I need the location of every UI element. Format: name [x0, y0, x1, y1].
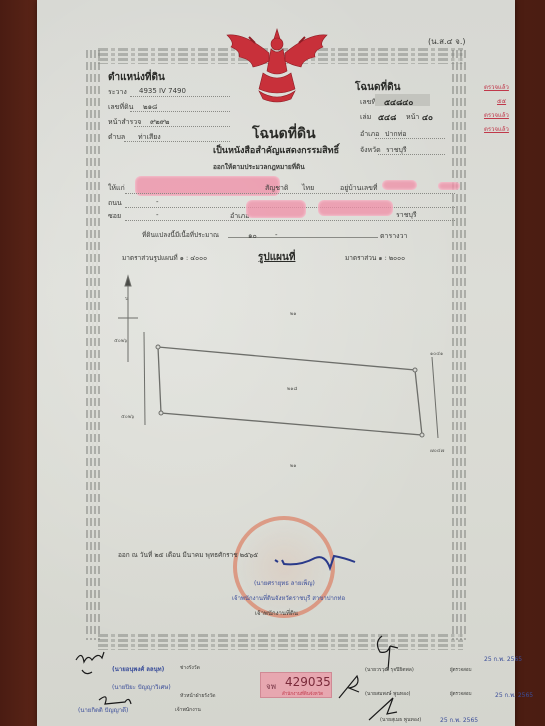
serial-caption: สำนักงานที่ดินจังหวัด: [282, 690, 323, 697]
svg-text:๒๑: ๒๑: [290, 311, 296, 317]
checker-1-name: (นายวรวุฒิ รุจปิยิตพล): [365, 666, 414, 674]
official-signature: [270, 548, 360, 578]
signature-footer-right-2: [335, 672, 365, 702]
svg-text:๑๐๔๑: ๑๐๔๑: [430, 351, 443, 357]
survey-head-role: หัวหน้าฝ่ายรังวัด: [180, 692, 215, 700]
issued-date-text: ออก ณ วันที่ ๒๕ เดือน มีนาคม พุทธศักราช …: [118, 550, 258, 560]
official-name: (นายศรายุทธ ลายเพ็ญ): [254, 578, 315, 588]
deed-subtitle-law: ออกให้ตามประมวลกฎหมายที่ดิน: [213, 162, 305, 172]
checker-2-role: ผู้ตรวจสอบ: [450, 690, 471, 697]
owner-label: ให้แก่: [108, 183, 125, 194]
checker-2-date: 25 ก.พ. 2565: [495, 690, 533, 700]
area-label: ที่ดินแปลงนี้มีเนื้อที่ประมาณ: [142, 230, 219, 240]
land-location-title: ตำแหน่งที่ดิน: [108, 70, 165, 85]
book-value: ๕๔๘: [378, 111, 396, 124]
redaction-subdistrict: [246, 200, 306, 218]
soi-value: -: [156, 211, 159, 219]
guilloche-border-right: [452, 50, 466, 640]
page-value: ๔๐: [422, 111, 433, 124]
redaction-district: [318, 200, 393, 216]
map-sheet-value: 4935 IV 7490: [139, 87, 186, 95]
svg-text:๕๐๒๖: ๕๐๒๖: [114, 338, 127, 344]
area-rai: ๑๐: [248, 231, 257, 242]
officer-role: เจ้าพนักงาน: [175, 706, 201, 714]
svg-text:๒๑: ๒๑: [290, 463, 296, 469]
parcel-number-on-map: ๒๑๘: [287, 386, 297, 392]
soi-label: ซอย: [108, 211, 121, 222]
guilloche-border-left: [86, 50, 100, 640]
margin-note-3: ตรวจแล้ว: [484, 110, 509, 120]
map-scale-left: มาตราส่วนรูปแผนที่ ๑ : ๔๐๐๐: [122, 253, 207, 263]
subdistrict-label: ตำบล: [108, 132, 125, 143]
surveyor-role: ช่างรังวัด: [180, 664, 200, 672]
book-label: เล่ม: [360, 112, 371, 123]
survey-head-name: (นายปิยะ ปัญญาวิเศษ): [112, 682, 171, 692]
svg-text:๕๐๒๖: ๕๐๒๖: [121, 414, 134, 420]
guilloche-border-bottom: [98, 634, 463, 650]
area-unit: ตารางวา: [380, 231, 407, 242]
checker-1-role: ผู้ตรวจสอบ: [450, 666, 471, 673]
deed-number-label: เลขที่: [360, 97, 376, 108]
official-role: เจ้าพนักงานที่ดิน: [255, 608, 298, 618]
map-sheet-label: ระวาง: [108, 87, 127, 98]
checker-1-date: 25 ก.พ. 2565: [484, 654, 522, 664]
garuda-emblem-icon: [225, 25, 329, 107]
map-scale-right: มาตราส่วน ๑ : ๒๐๐๐: [345, 253, 405, 263]
parcel-map: น ๕๐๒๖ ๕๐๒๖ ๑๐๔๑ ๗๐๔๗ ๒๑๘ ๒๑ ๒๑: [100, 270, 450, 470]
serial-prefix: จพ: [266, 680, 276, 693]
map-title: รูปแผนที่: [258, 250, 295, 265]
checker-3-name: (นายสุเมธ พูนทอง): [380, 716, 421, 724]
redaction-address-2: [438, 182, 460, 190]
road-label: ถนน: [108, 198, 122, 209]
deed-number-value: ๕๔๘๔๐: [384, 96, 413, 109]
area-ngan: -: [275, 231, 278, 239]
deed-main-title: โฉนดที่ดิน: [252, 123, 316, 145]
signature-footer-1: [72, 650, 112, 680]
margin-note-2: ๕๕: [497, 96, 506, 106]
official-title: เจ้าพนักงานที่ดินจังหวัดราชบุรี สาขาปากท…: [232, 593, 345, 603]
road-value: -: [156, 198, 159, 206]
svg-text:๗๐๔๗: ๗๐๔๗: [430, 448, 445, 454]
north-label: น: [125, 296, 129, 302]
deed-title-right: โฉนดที่ดิน: [355, 80, 400, 95]
deed-subtitle: เป็นหนังสือสำคัญแสดงกรรมสิทธิ์: [213, 143, 339, 157]
serial-number: 429035: [285, 675, 331, 689]
checker-3-date: 25 ก.พ. 2565: [440, 715, 478, 725]
form-code: (น.ส.๔ จ.): [428, 35, 466, 48]
redaction-address: [382, 180, 417, 190]
margin-note-4: ตรวจแล้ว: [484, 124, 509, 134]
page-label: หน้า: [406, 112, 419, 123]
surveyor-name: (นายอนุพงศ์ ลลนุท): [112, 664, 164, 674]
officer-name: (นายกิตติ ปัญญาดี): [78, 705, 128, 715]
margin-note-1: ตรวจแล้ว: [484, 82, 509, 92]
